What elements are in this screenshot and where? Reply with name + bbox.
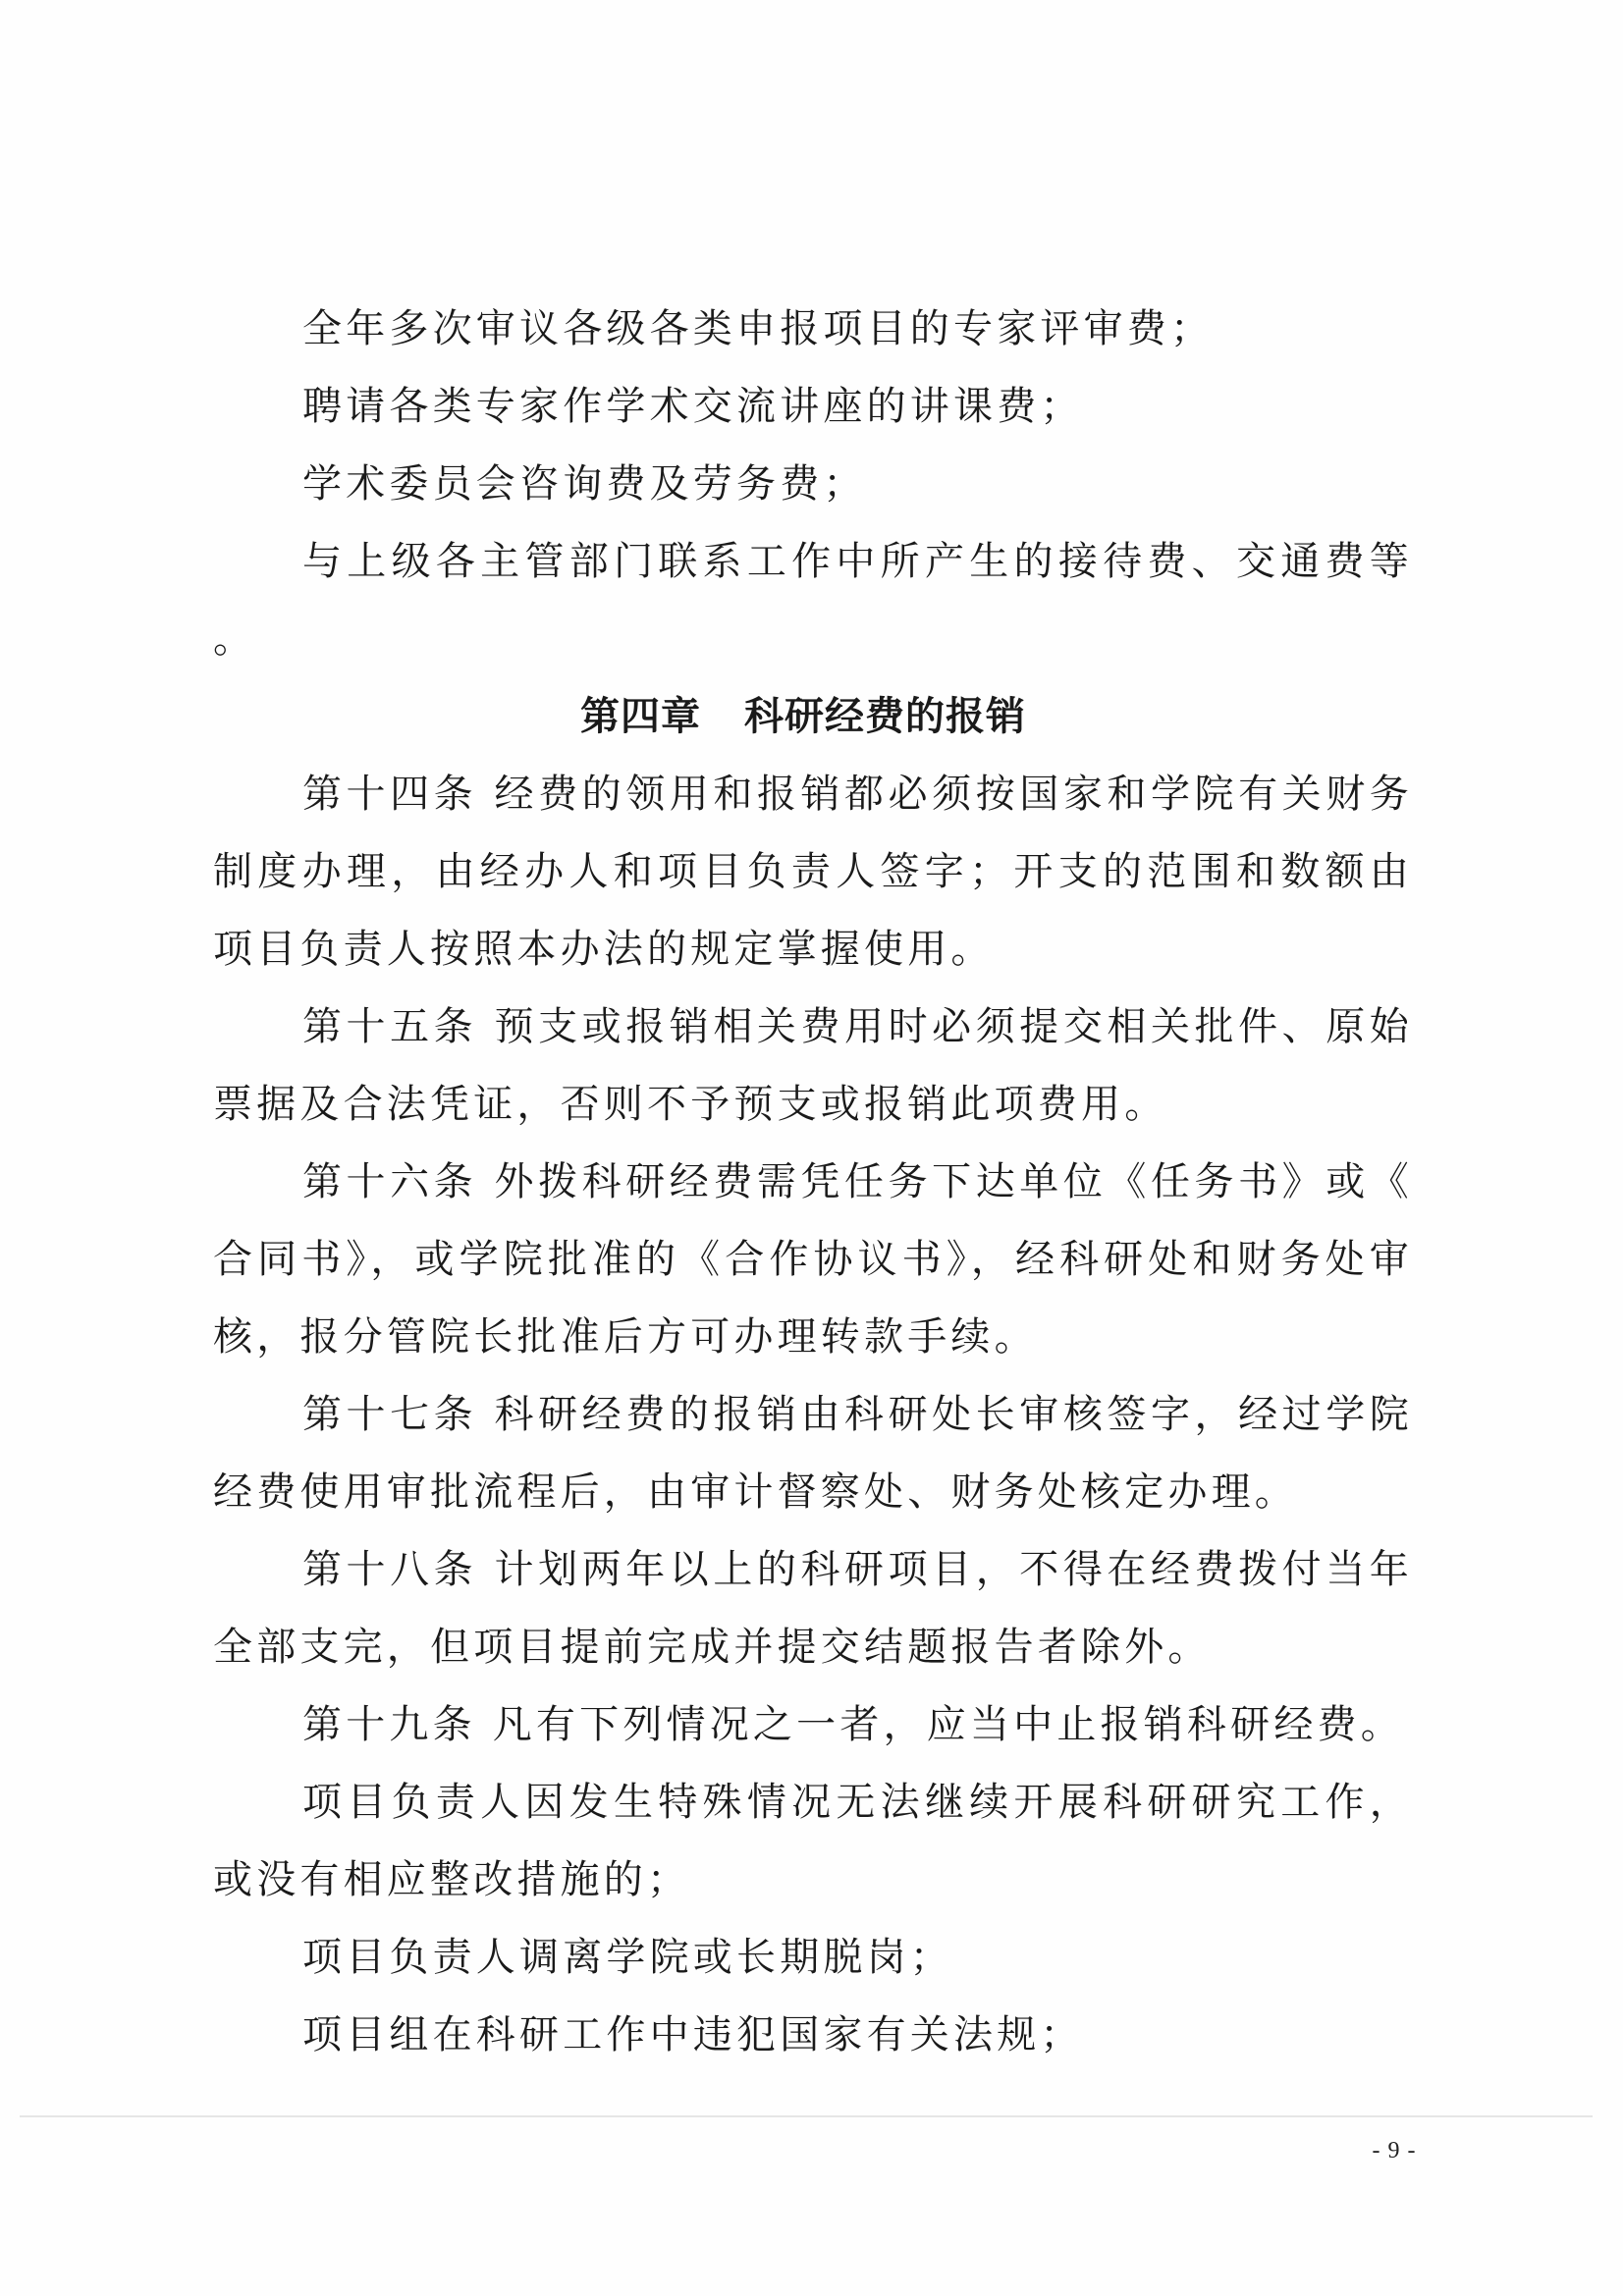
body-text: 全年多次审议各级各类申报项目的专家评审费； 聘请各类专家作学术交流讲座的讲课费；… [213,291,1413,2074]
list-item-lecture-fee: 聘请各类专家作学术交流讲座的讲课费； [213,368,1413,446]
article-14: 第十四条 经费的领用和报销都必须按国家和学院有关财务制度办理，由经办人和项目负责… [213,756,1413,988]
page-number: - 9 - [1355,2138,1434,2164]
article-text: 凡有下列情况之一者，应当中止报销科研经费。 [493,1702,1404,1747]
chapter-number: 第四章 [580,694,701,739]
article-19-item-2: 项目负责人调离学院或长期脱岗； [213,1919,1413,1997]
article-label: 第十四条 [302,772,477,817]
chapter-title: 科研经费的报销 [744,694,1026,739]
footer-divider [20,2115,1593,2117]
article-label: 第十六条 [302,1159,477,1204]
article-19-item-1: 项目负责人因发生特殊情况无法继续开展科研研究工作，或没有相应整改措施的； [213,1764,1413,1919]
list-item-reception-fee: 与上级各主管部门联系工作中所产生的接待费、交通费等。 [213,523,1413,678]
list-item-committee-fee: 学术委员会咨询费及劳务费； [213,446,1413,523]
article-label: 第十七条 [302,1392,477,1437]
article-17: 第十七条 科研经费的报销由科研处长审核签字，经过学院经费使用审批流程后，由审计督… [213,1376,1413,1531]
document-page: 全年多次审议各级各类申报项目的专家评审费； 聘请各类专家作学术交流讲座的讲课费；… [0,0,1623,2296]
article-19: 第十九条 凡有下列情况之一者，应当中止报销科研经费。 [213,1686,1413,1764]
article-19-item-3: 项目组在科研工作中违犯国家有关法规； [213,1997,1413,2074]
article-label: 第十八条 [302,1547,477,1592]
article-15: 第十五条 预支或报销相关费用时必须提交相关批件、原始票据及合法凭证，否则不予预支… [213,988,1413,1144]
list-item-expert-review-fee: 全年多次审议各级各类申报项目的专家评审费； [213,291,1413,368]
article-label: 第十五条 [302,1004,477,1049]
article-label: 第十九条 [302,1702,476,1747]
chapter-heading: 第四章科研经费的报销 [213,678,1413,756]
article-16: 第十六条 外拨科研经费需凭任务下达单位《任务书》或《合同书》，或学院批准的《合作… [213,1144,1413,1376]
article-18: 第十八条 计划两年以上的科研项目，不得在经费拨付当年全部支完，但项目提前完成并提… [213,1531,1413,1686]
